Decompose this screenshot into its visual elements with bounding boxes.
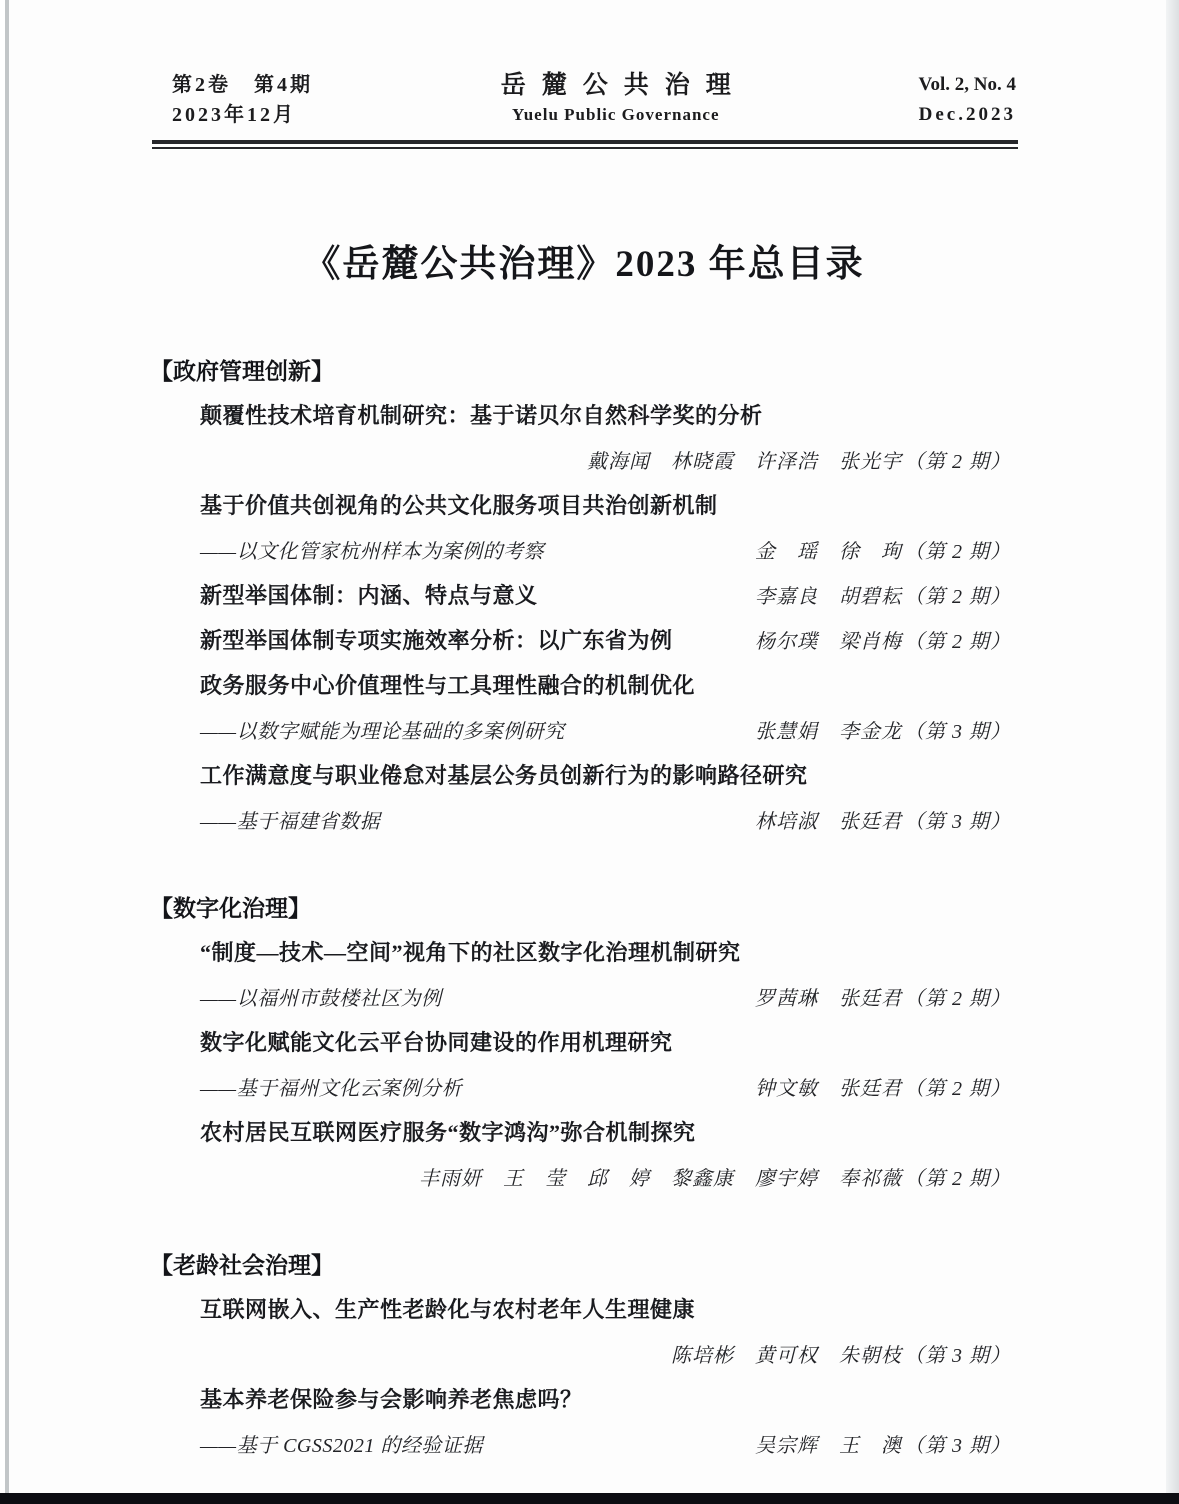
article-subtitle: ——基于 CGSS2021 的经验证据 [200,1429,483,1458]
article-subtitle: ——以福州市鼓楼社区为例 [200,982,442,1011]
author-names: 李嘉良 胡碧耘 [755,586,902,608]
date-en: Dec.2023 [919,100,1016,130]
article-title: 工作满意度与职业倦怠对基层公务员创新行为的影响路径研究 [200,759,808,790]
toc-row: 颠覆性技术培育机制研究：基于诺贝尔自然科学奖的分析 [150,392,1011,437]
toc-row: 互联网嵌入、生产性老龄化与农村老年人生理健康 [150,1286,1011,1331]
author-names: 张慧娟 李金龙 [755,721,902,743]
article-subtitle: ——以数字赋能为理论基础的多案例研究 [200,715,565,744]
section-heading: 【数字化治理】 [150,884,1011,929]
bottom-bar [0,1493,1179,1504]
issue-ref: （第 3 期） [904,811,1011,833]
masthead-divider [152,140,1018,149]
issue-ref: （第 3 期） [904,1345,1011,1367]
article-authors: 戴海闻 林晓霞 许泽浩 张光宇（第 2 期） [587,445,1011,474]
author-names: 钟文敏 张廷君 [755,1078,902,1100]
issue-ref: （第 2 期） [904,451,1011,473]
journal-masthead: 第2卷 第4期 2023年12月 岳麓公共治理 Yuelu Public Gov… [172,70,1016,130]
article-title: 新型举国体制专项实施效率分析：以广东省为例 [200,624,673,655]
journal-title-en: Yuelu Public Governance [501,102,731,128]
article-subtitle: ——基于福建省数据 [200,805,380,834]
section-heading: 【政府管理创新】 [150,347,1011,392]
issue-ref: （第 3 期） [904,1435,1011,1457]
toc-row: ——基于福建省数据林培淑 张廷君（第 3 期） [150,797,1011,842]
author-names: 丰雨妍 王 莹 邱 婷 黎鑫康 廖宇婷 奉祁薇 [419,1168,902,1190]
toc-row: 农村居民互联网医疗服务“数字鸿沟”弥合机制探究 [150,1109,1011,1154]
toc-row: ——基于 CGSS2021 的经验证据吴宗辉 王 澳（第 3 期） [150,1421,1011,1466]
toc-row: 基于价值共创视角的公共文化服务项目共治创新机制 [150,482,1011,527]
masthead-vol-info: Vol. 2, No. 4 Dec.2023 [919,70,1016,130]
article-title: 颠覆性技术培育机制研究：基于诺贝尔自然科学奖的分析 [200,399,763,430]
issue-ref: （第 2 期） [904,586,1011,608]
toc-row: 政务服务中心价值理性与工具理性融合的机制优化 [150,662,1011,707]
author-names: 金 瑶 徐 珣 [755,541,902,563]
section-heading: 【老龄社会治理】 [150,1241,1011,1286]
page-right-edge [1166,0,1179,1504]
page-left-edge [5,0,9,1504]
article-authors: 丰雨妍 王 莹 邱 婷 黎鑫康 廖宇婷 奉祁薇（第 2 期） [419,1162,1011,1191]
author-names: 吴宗辉 王 澳 [755,1435,902,1457]
toc-row: 新型举国体制专项实施效率分析：以广东省为例杨尔璞 梁肖梅（第 2 期） [150,617,1011,662]
article-title: “制度—技术—空间”视角下的社区数字化治理机制研究 [200,936,741,967]
toc-row: 工作满意度与职业倦怠对基层公务员创新行为的影响路径研究 [150,752,1011,797]
masthead-issue-info: 第2卷 第4期 2023年12月 [172,70,313,130]
volume-issue-en: Vol. 2, No. 4 [919,70,1016,100]
article-title: 农村居民互联网医疗服务“数字鸿沟”弥合机制探究 [200,1116,696,1147]
toc-row: 戴海闻 林晓霞 许泽浩 张光宇（第 2 期） [150,437,1011,482]
article-authors: 杨尔璞 梁肖梅（第 2 期） [755,625,1011,654]
author-names: 杨尔璞 梁肖梅 [755,631,902,653]
issue-ref: （第 2 期） [904,541,1011,563]
page-title: 《岳麓公共治理》2023 年总目录 [152,233,1016,287]
article-title: 新型举国体制：内涵、特点与意义 [200,579,538,610]
article-title: 互联网嵌入、生产性老龄化与农村老年人生理健康 [200,1293,695,1324]
article-authors: 罗茜琳 张廷君（第 2 期） [755,982,1011,1011]
issue-ref: （第 3 期） [904,721,1011,743]
article-authors: 林培淑 张廷君（第 3 期） [755,805,1011,834]
toc-row: “制度—技术—空间”视角下的社区数字化治理机制研究 [150,929,1011,974]
author-names: 戴海闻 林晓霞 许泽浩 张光宇 [587,451,902,473]
article-subtitle: ——以文化管家杭州样本为案例的考察 [200,535,544,564]
article-title: 数字化赋能文化云平台协同建设的作用机理研究 [200,1026,673,1057]
toc-row: 丰雨妍 王 莹 邱 婷 黎鑫康 廖宇婷 奉祁薇（第 2 期） [150,1154,1011,1199]
toc-row: ——以文化管家杭州样本为案例的考察金 瑶 徐 珣（第 2 期） [150,527,1011,572]
article-authors: 李嘉良 胡碧耘（第 2 期） [755,580,1011,609]
issue-ref: （第 2 期） [904,1168,1011,1190]
article-authors: 吴宗辉 王 澳（第 3 期） [755,1429,1011,1458]
article-authors: 金 瑶 徐 珣（第 2 期） [755,535,1011,564]
article-title: 基于价值共创视角的公共文化服务项目共治创新机制 [200,489,718,520]
article-authors: 钟文敏 张廷君（第 2 期） [755,1072,1011,1101]
article-authors: 陈培彬 黄可权 朱朝枝（第 3 期） [671,1339,1011,1368]
author-names: 陈培彬 黄可权 朱朝枝 [671,1345,902,1367]
toc-row: ——以数字赋能为理论基础的多案例研究张慧娟 李金龙（第 3 期） [150,707,1011,752]
toc-content: 【政府管理创新】颠覆性技术培育机制研究：基于诺贝尔自然科学奖的分析戴海闻 林晓霞… [150,347,1011,1466]
toc-row: ——基于福州文化云案例分析钟文敏 张廷君（第 2 期） [150,1064,1011,1109]
issue-ref: （第 2 期） [904,631,1011,653]
date-cn: 2023年12月 [172,100,313,130]
author-names: 林培淑 张廷君 [755,811,902,833]
article-authors: 张慧娟 李金龙（第 3 期） [755,715,1011,744]
author-names: 罗茜琳 张廷君 [755,988,902,1010]
toc-row: 陈培彬 黄可权 朱朝枝（第 3 期） [150,1331,1011,1376]
masthead-journal-title: 岳麓公共治理 Yuelu Public Governance [501,70,731,128]
article-title: 政务服务中心价值理性与工具理性融合的机制优化 [200,669,695,700]
toc-row: ——以福州市鼓楼社区为例罗茜琳 张廷君（第 2 期） [150,974,1011,1019]
issue-ref: （第 2 期） [904,988,1011,1010]
toc-row: 基本养老保险参与会影响养老焦虑吗？ [150,1376,1011,1421]
toc-row: 新型举国体制：内涵、特点与意义李嘉良 胡碧耘（第 2 期） [150,572,1011,617]
issue-ref: （第 2 期） [904,1078,1011,1100]
toc-row: 数字化赋能文化云平台协同建设的作用机理研究 [150,1019,1011,1064]
article-subtitle: ——基于福州文化云案例分析 [200,1072,462,1101]
article-title: 基本养老保险参与会影响养老焦虑吗？ [200,1383,583,1414]
journal-title-cn: 岳麓公共治理 [501,70,747,102]
journal-page: 第2卷 第4期 2023年12月 岳麓公共治理 Yuelu Public Gov… [9,0,1166,1493]
volume-issue-cn: 第2卷 第4期 [172,70,313,100]
